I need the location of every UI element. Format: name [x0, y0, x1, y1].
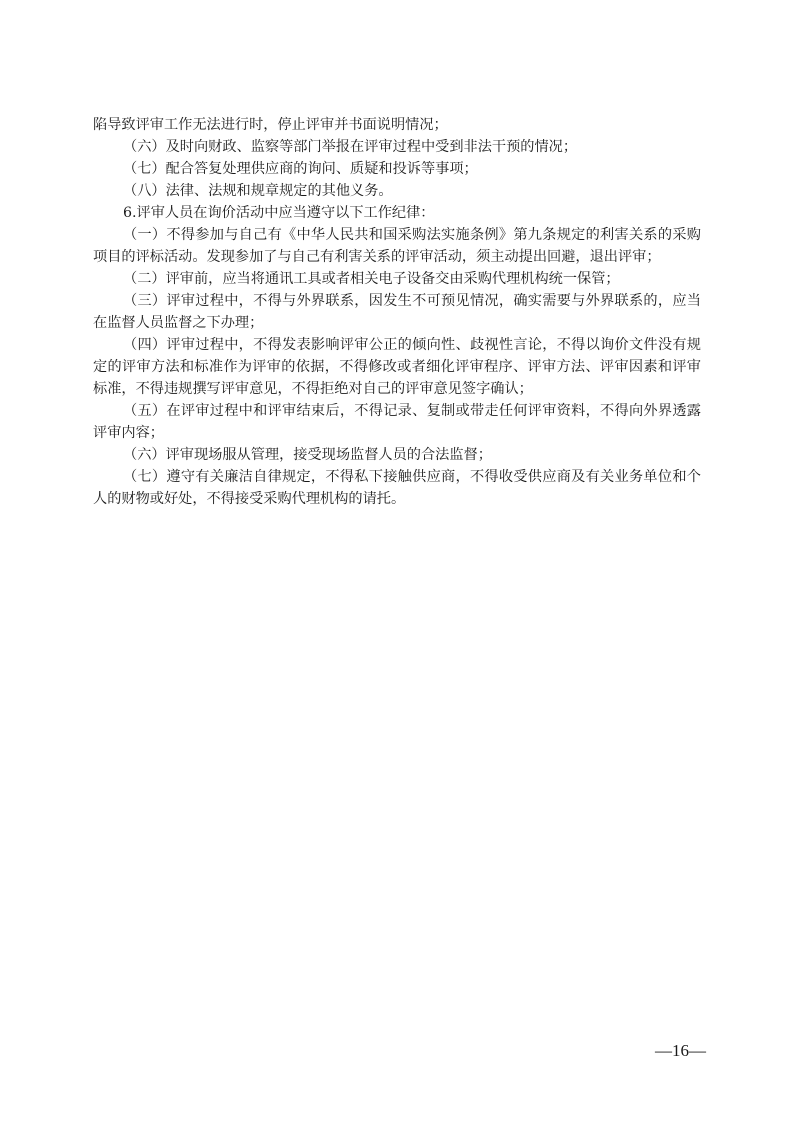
- document-body: 陷导致评审工作无法进行时，停止评审并书面说明情况； （六）及时向财政、监察等部门…: [93, 114, 701, 510]
- paragraph-item-7: （七）配合答复处理供应商的询问、质疑和投诉等事项；: [93, 158, 701, 180]
- discipline-item-5: （五）在评审过程中和评审结束后，不得记录、复制或带走任何评审资料，不得向外界透露…: [93, 400, 701, 444]
- discipline-item-7: （七）遵守有关廉洁自律规定，不得私下接触供应商，不得收受供应商及有关业务单位和个…: [93, 466, 701, 510]
- discipline-item-2: （二）评审前，应当将通讯工具或者相关电子设备交由采购代理机构统一保管；: [93, 268, 701, 290]
- discipline-item-1: （一）不得参加与自己有《中华人民共和国采购法实施条例》第九条规定的利害关系的采购…: [93, 224, 701, 268]
- paragraph-item-8: （八）法律、法规和规章规定的其他义务。: [93, 180, 701, 202]
- discipline-item-3: （三）评审过程中，不得与外界联系，因发生不可预见情况，确实需要与外界联系的，应当…: [93, 290, 701, 334]
- section-heading-6: 6.评审人员在询价活动中应当遵守以下工作纪律：: [93, 202, 701, 224]
- paragraph-item-6: （六）及时向财政、监察等部门举报在评审过程中受到非法干预的情况；: [93, 136, 701, 158]
- paragraph-continuation: 陷导致评审工作无法进行时，停止评审并书面说明情况；: [93, 114, 701, 136]
- page-number: —16—: [655, 1041, 706, 1061]
- discipline-item-4: （四）评审过程中，不得发表影响评审公正的倾向性、歧视性言论，不得以询价文件没有规…: [93, 334, 701, 400]
- discipline-item-6: （六）评审现场服从管理，接受现场监督人员的合法监督；: [93, 444, 701, 466]
